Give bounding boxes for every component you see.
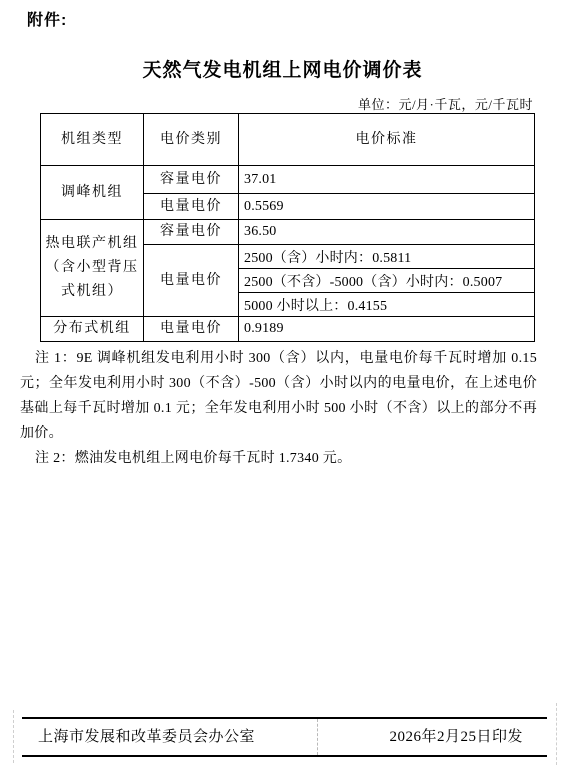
page-title: 天然气发电机组上网电价调价表 [0,55,565,82]
table-row: 调峰机组 容量电价 37.01 [41,166,535,194]
cell-unit-type-distributed: 分布式机组 [41,317,144,342]
header-price-category: 电价类别 [144,114,239,166]
notes-block: 注 1：9E 调峰机组发电利用小时 300（含）以内，电量电价每千瓦时增加 0.… [20,346,537,471]
table-row: 分布式机组 电量电价 0.9189 [41,317,535,342]
issuing-office: 上海市发展和改革委员会办公室 [22,719,317,755]
cell-category: 电量电价 [144,245,239,317]
document-page: 附件: 天然气发电机组上网电价调价表 单位：元/月·千瓦，元/千瓦时 机组类型 … [0,0,565,765]
issue-date: 2026年2月25日印发 [317,719,547,755]
cell-category: 电量电价 [144,317,239,342]
header-unit-type: 机组类型 [41,114,144,166]
cell-standard: 2500（不含）-5000（含）小时内：0.5007 [239,269,535,293]
attachment-label: 附件: [27,7,67,30]
cell-category: 容量电价 [144,166,239,194]
header-price-standard: 电价标准 [239,114,535,166]
unit-note: 单位：元/月·千瓦，元/千瓦时 [40,94,533,113]
cell-standard: 2500（含）小时内：0.5811 [239,245,535,269]
cell-standard: 36.50 [239,220,535,245]
cell-standard: 0.5569 [239,194,535,220]
table-header-row: 机组类型 电价类别 电价标准 [41,114,535,166]
cell-standard: 0.9189 [239,317,535,342]
cell-unit-type-cogeneration: 热电联产机组（含小型背压式机组） [41,220,144,317]
price-table: 机组类型 电价类别 电价标准 调峰机组 容量电价 37.01 电量电价 0.55… [40,113,535,342]
gridline-guide-left [13,710,14,763]
note-1: 注 1：9E 调峰机组发电利用小时 300（含）以内，电量电价每千瓦时增加 0.… [20,346,537,446]
cell-category: 电量电价 [144,194,239,220]
cell-standard: 37.01 [239,166,535,194]
cell-standard: 5000 小时以上：0.4155 [239,293,535,317]
cell-unit-type-peak: 调峰机组 [41,166,144,220]
table-row: 热电联产机组（含小型背压式机组） 容量电价 36.50 [41,220,535,245]
colophon-bar: 上海市发展和改革委员会办公室 2026年2月25日印发 [22,717,547,757]
note-2: 注 2：燃油发电机组上网电价每千瓦时 1.7340 元。 [20,446,537,471]
gridline-guide-right [556,703,557,765]
cell-category: 容量电价 [144,220,239,245]
